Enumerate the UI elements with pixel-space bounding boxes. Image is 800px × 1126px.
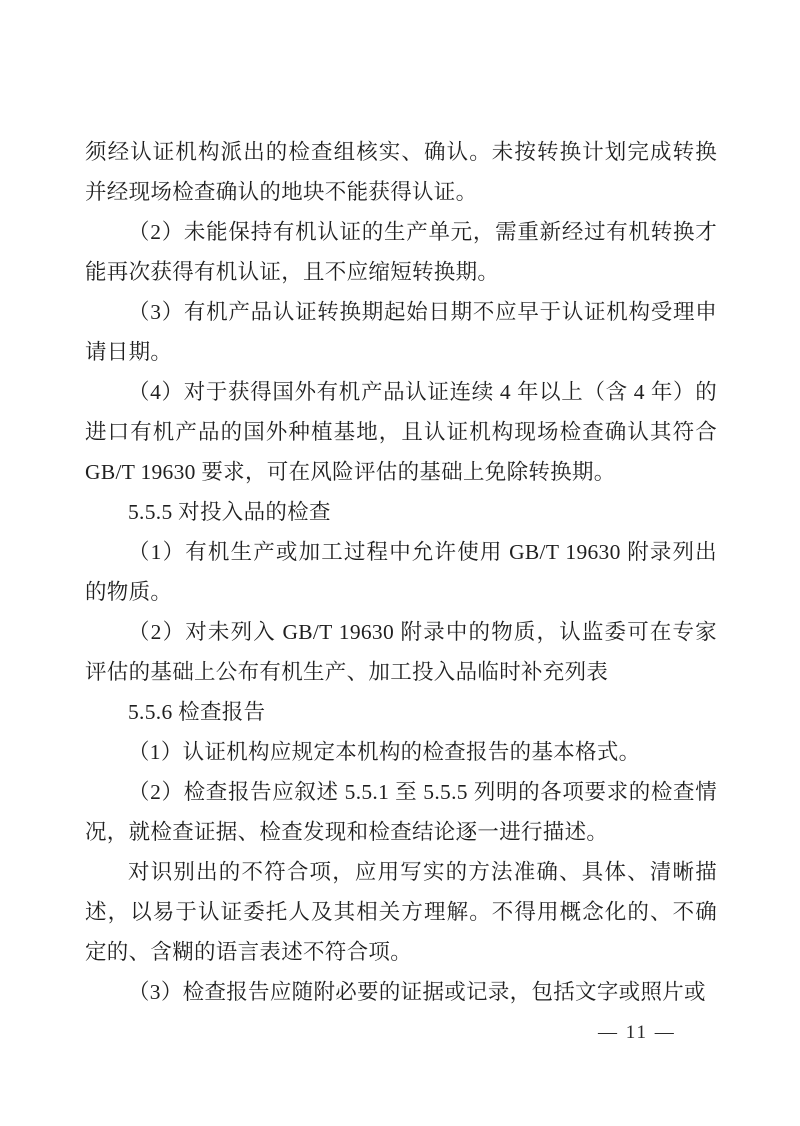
paragraph: （4）对于获得国外有机产品认证连续 4 年以上（含 4 年）的进口有机产品的国外… <box>85 372 717 492</box>
section-heading: 5.5.5 对投入品的检查 <box>85 492 717 532</box>
paragraph: （2）检查报告应叙述 5.5.1 至 5.5.5 列明的各项要求的检查情况，就检… <box>85 772 717 852</box>
paragraph: （1）认证机构应规定本机构的检查报告的基本格式。 <box>85 732 717 772</box>
paragraph: 对识别出的不符合项，应用写实的方法准确、具体、清晰描述，以易于认证委托人及其相关… <box>85 852 717 972</box>
section-heading: 5.5.6 检查报告 <box>85 692 717 732</box>
paragraph: （2）未能保持有机认证的生产单元，需重新经过有机转换才能再次获得有机认证，且不应… <box>85 212 717 292</box>
paragraph: （2）对未列入 GB/T 19630 附录中的物质，认监委可在专家评估的基础上公… <box>85 612 717 692</box>
paragraph: （3）有机产品认证转换期起始日期不应早于认证机构受理申请日期。 <box>85 292 717 372</box>
paragraph: 须经认证机构派出的检查组核实、确认。未按转换计划完成转换并经现场检查确认的地块不… <box>85 132 717 212</box>
page-number: — 11 — <box>598 1022 676 1044</box>
document-page: 须经认证机构派出的检查组核实、确认。未按转换计划完成转换并经现场检查确认的地块不… <box>0 0 800 1126</box>
paragraph: （3）检查报告应随附必要的证据或记录，包括文字或照片或 <box>85 972 717 1012</box>
document-body: 须经认证机构派出的检查组核实、确认。未按转换计划完成转换并经现场检查确认的地块不… <box>85 132 717 1012</box>
paragraph: （1）有机生产或加工过程中允许使用 GB/T 19630 附录列出的物质。 <box>85 532 717 612</box>
